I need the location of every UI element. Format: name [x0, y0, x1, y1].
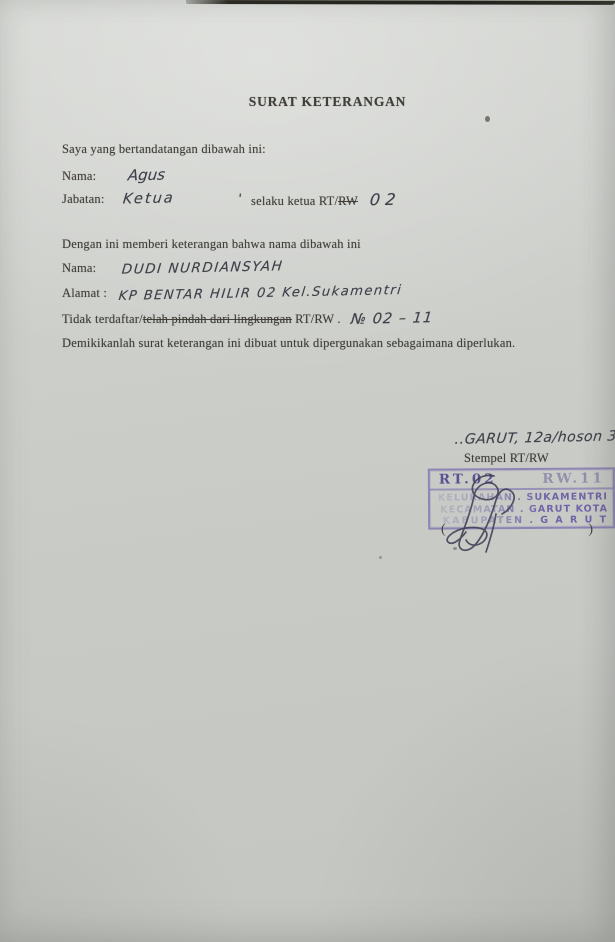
- nama-handwritten-1: Agus: [127, 166, 166, 185]
- rtrw-number-handwritten: 0 2: [369, 190, 396, 210]
- date-place-handwritten: ..GARUT, 12a/hoson 3o: [454, 428, 615, 448]
- scan-speck: [453, 547, 457, 550]
- paren-close: ): [588, 522, 593, 538]
- selaku-text: selaku ketua RT/RW: [251, 194, 358, 208]
- struck-option-text: telah pindah dari lingkungan: [143, 312, 292, 326]
- nama-label-2: Nama:: [62, 261, 96, 275]
- alamat-row: Alamat : KP BENTAR HILIR 02 Kel.Sukament…: [62, 284, 402, 302]
- jabatan-tick-mark: ': [237, 192, 242, 207]
- nama-row-2: Nama: DUDI NURDIANSYAH: [62, 259, 284, 277]
- alamat-handwritten: KP BENTAR HILIR 02 Kel.Sukamentri: [118, 283, 403, 304]
- scanned-letter-page: SURAT KETERANGAN Saya yang bertandatanga…: [0, 0, 615, 942]
- rtrw-numbers-handwritten: № 02 – 11: [350, 310, 434, 328]
- statement-line: Dengan ini memberi keterangan bahwa nama…: [62, 237, 361, 252]
- nama-handwritten-2: DUDI NURDIANSYAH: [121, 258, 284, 277]
- alamat-label: Alamat :: [62, 286, 107, 300]
- intro-line: Saya yang bertandatangan dibawah ini:: [62, 142, 266, 157]
- page-title: SURAT KETERANGAN: [40, 94, 615, 110]
- nama-row-1: Nama: Agus: [62, 166, 165, 185]
- selaku-struck-rw: RW: [338, 194, 358, 208]
- selaku-row: selaku ketua RT/RW 0 2: [251, 190, 395, 210]
- closing-line: Demikikanlah surat keterangan ini dibuat…: [62, 336, 515, 351]
- scan-top-edge: [186, 0, 615, 5]
- jabatan-label: Jabatan:: [62, 192, 105, 206]
- jabatan-row: Jabatan: Ketua ': [62, 190, 242, 208]
- tidak-terdaftar-text: Tidak terdaftar/telah pindah dari lingku…: [62, 312, 341, 326]
- tidak-terdaftar-row: Tidak terdaftar/telah pindah dari lingku…: [62, 310, 433, 328]
- jabatan-handwritten: Ketua: [122, 190, 175, 207]
- scan-speck: [485, 116, 490, 122]
- scan-speck: [379, 556, 382, 559]
- nama-label-1: Nama:: [62, 169, 96, 183]
- stempel-label: Stempel RT/RW: [464, 451, 549, 466]
